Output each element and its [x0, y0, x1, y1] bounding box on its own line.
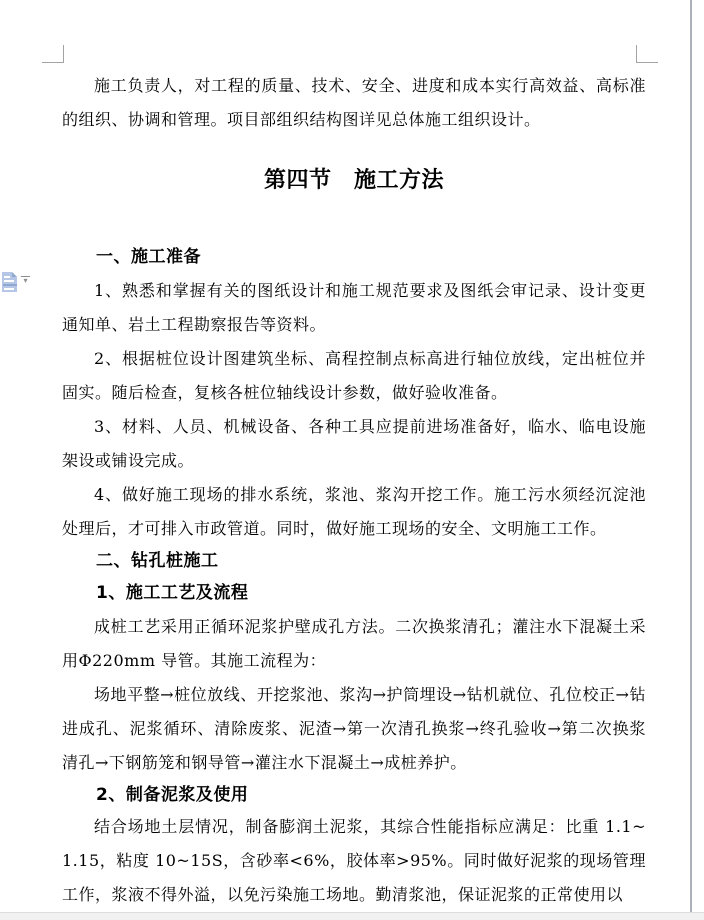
heading-section-1: 一、施工准备	[62, 240, 646, 274]
heading-subsection-2-1: 1、施工工艺及流程	[62, 576, 646, 610]
paragraph: 1、熟悉和掌握有关的图纸设计和施工规范要求及图纸会审记录、设计变更通知单、岩土工…	[62, 274, 646, 342]
scroll-area-divider	[690, 0, 692, 912]
paragraph: 成桩工艺采用正循环泥浆护壁成孔方法。二次换浆清孔；灌注水下混凝土采用Φ220mm…	[62, 610, 646, 678]
intro-paragraph: 施工负责人，对工程的质量、技术、安全、进度和成本实行高效益、高标准的组织、协调和…	[62, 69, 646, 137]
paragraph: 4、做好施工现场的排水系统，浆池、浆沟开挖工作。施工污水须经沉淀池处理后，才可排…	[62, 478, 646, 546]
paragraph: 3、材料、人员、机械设备、各种工具应提前进场准备好，临水、临电设施架设或铺设完成…	[62, 410, 646, 478]
document-text-area: 施工负责人，对工程的质量、技术、安全、进度和成本实行高效益、高标准的组织、协调和…	[62, 69, 646, 912]
paragraph: 结合场地土层情况，制备膨润土泥浆，其综合性能指标应满足：比重 1.1~1.15，…	[62, 810, 646, 912]
margin-crop-mark-top-left	[42, 45, 64, 63]
paste-options-button[interactable]: ▾	[1, 271, 31, 293]
heading-subsection-2-2: 2、制备泥浆及使用	[62, 780, 646, 810]
horizontal-scrollbar-track[interactable]	[0, 912, 704, 920]
heading-section-2: 二、钻孔桩施工	[62, 546, 646, 576]
document-icon	[1, 271, 18, 293]
section-title: 第四节 施工方法	[62, 166, 646, 196]
margin-crop-mark-top-right	[636, 45, 658, 63]
paragraph: 2、根据桩位设计图建筑坐标、高程控制点标高进行轴位放线，定出桩位并固实。随后检查…	[62, 342, 646, 410]
dropdown-arrow-icon[interactable]: ▾	[21, 276, 30, 284]
document-page: ▾ 施工负责人，对工程的质量、技术、安全、进度和成本实行高效益、高标准的组织、协…	[0, 0, 704, 920]
paragraph: 场地平整→桩位放线、开挖浆池、浆沟→护筒埋设→钻机就位、孔位校正→钻进成孔、泥浆…	[62, 678, 646, 780]
